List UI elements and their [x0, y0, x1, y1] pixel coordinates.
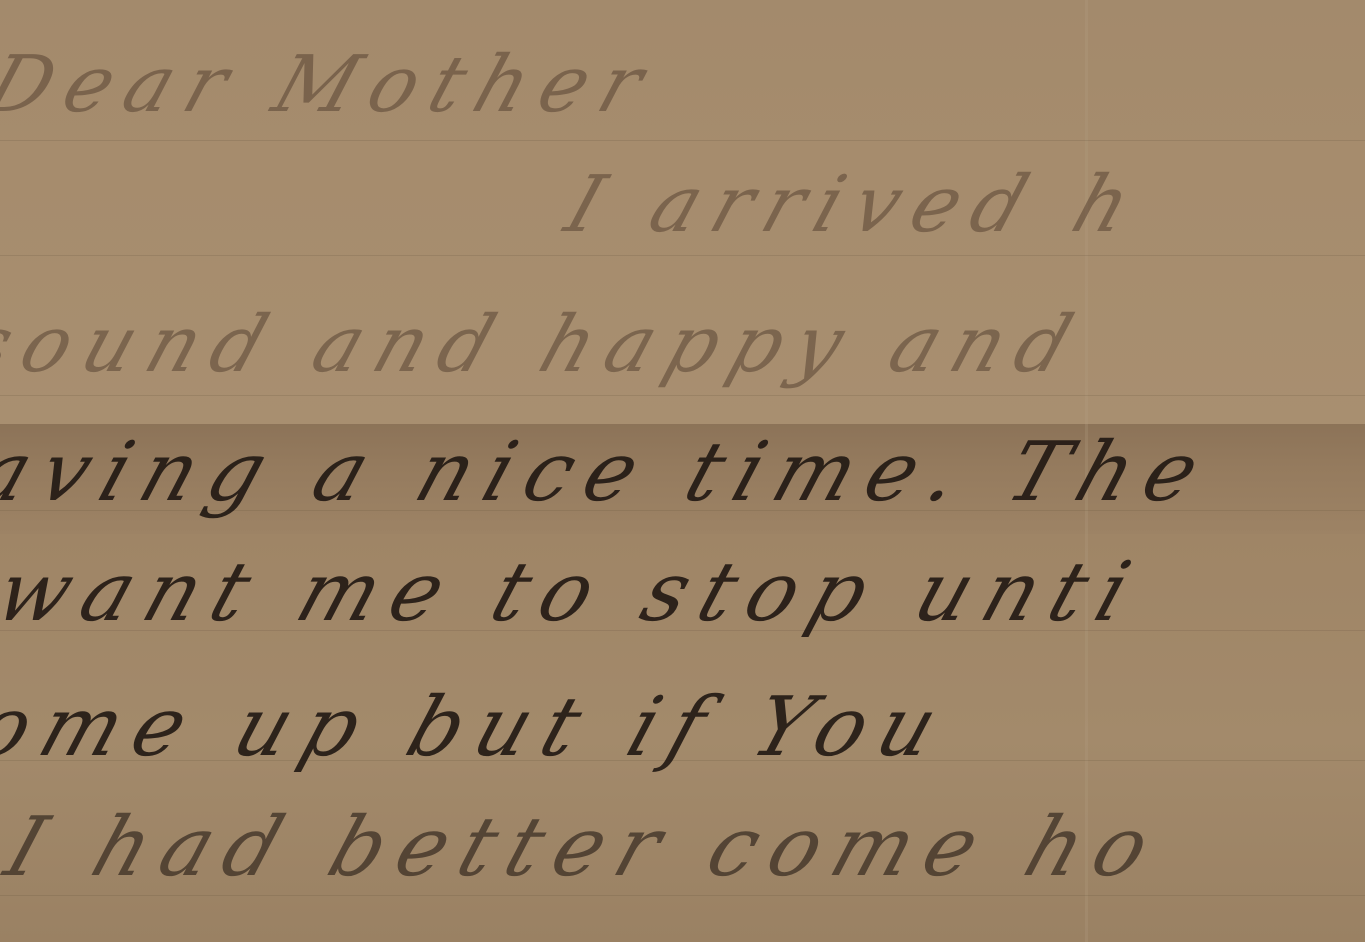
letter-line-7: I had better come ho [0, 800, 1175, 895]
letter-line-salutation: Dear Mother [0, 40, 668, 130]
letter-line-3: sound and happy and [0, 300, 1096, 390]
letter-line-6: ome up but if You [0, 680, 963, 775]
ruled-line [0, 140, 1365, 141]
ruled-line [0, 255, 1365, 256]
letter-line-2: I arrived h [555, 160, 1155, 250]
letter-line-5: want me to stop unti [0, 545, 1155, 640]
letter-line-4: aving a nice time. The [0, 425, 1224, 520]
ruled-line [0, 395, 1365, 396]
ruled-line [0, 895, 1365, 896]
